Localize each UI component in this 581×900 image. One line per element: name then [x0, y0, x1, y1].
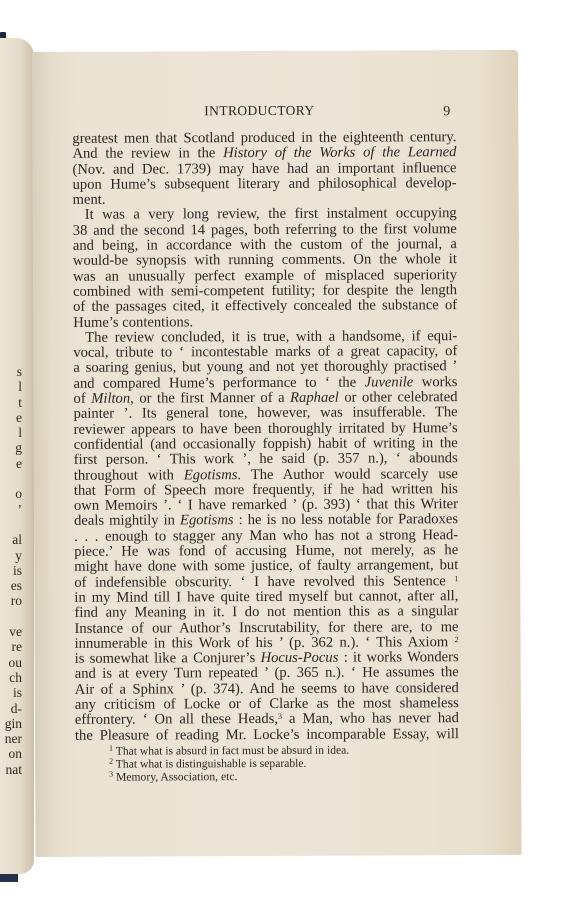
- fragment-line: d-: [0, 701, 22, 716]
- fragment-line: nat: [0, 762, 22, 777]
- fragment-line: [0, 609, 22, 624]
- fragment-line: [0, 517, 22, 532]
- fragment-line: o: [0, 486, 22, 501]
- fragment-line: ’: [0, 502, 22, 517]
- fragment-line: on: [0, 746, 22, 761]
- text-line: the Pleasure of reading Mr. Locke’s inco…: [75, 727, 459, 744]
- fragment-line: ve: [0, 624, 22, 639]
- fragment-line: l: [0, 379, 22, 394]
- fragment-line: e: [0, 456, 22, 471]
- running-title: INTRODUCTORY: [204, 103, 314, 119]
- fragment-line: gin: [0, 716, 22, 731]
- fragment-line: e: [0, 410, 22, 425]
- fragment-line: is: [0, 563, 22, 578]
- fragment-line: ch: [0, 670, 22, 685]
- facing-page-left: sltelge o’ alyisesro vereouchisd-ginnero…: [0, 38, 34, 874]
- text-line: of the passages cited, it effectively co…: [73, 298, 457, 315]
- book-page: INTRODUCTORY 9 greatest men that Scotlan…: [32, 50, 522, 857]
- fragment-line: l: [0, 425, 22, 440]
- fragment-line: [0, 471, 22, 486]
- fragment-line: y: [0, 548, 22, 563]
- body-text: greatest men that Scotland produced in t…: [72, 130, 459, 744]
- fragment-line: ou: [0, 655, 22, 670]
- fragment-line: ner: [0, 731, 22, 746]
- footnote-mark: 3: [109, 770, 113, 779]
- fragment-line: g: [0, 440, 22, 455]
- fragment-line: re: [0, 639, 22, 654]
- fragment-line: ro: [0, 593, 22, 608]
- footnote-marker: 2: [455, 635, 459, 644]
- fragment-line: al: [0, 532, 22, 547]
- footnotes: 1 That what is absurd in fact must be ab…: [109, 743, 439, 783]
- fragment-line: is: [0, 685, 22, 700]
- footnote-mark: 1: [109, 744, 113, 753]
- fragment-line: t: [0, 395, 22, 410]
- fragment-line: es: [0, 578, 22, 593]
- footnote-marker: 1: [454, 574, 458, 583]
- text-line: upon Hume’s subsequent literary and phil…: [73, 176, 457, 193]
- footnote: 3 Memory, Association, etc.: [109, 769, 439, 783]
- footnote-mark: 2: [109, 757, 113, 766]
- running-head: INTRODUCTORY 9: [32, 102, 518, 104]
- page-number: 9: [443, 104, 450, 120]
- facing-page-text-fragments: sltelge o’ alyisesro vereouchisd-ginnero…: [0, 364, 22, 777]
- fragment-line: s: [0, 364, 22, 379]
- footnote-marker: 3: [278, 712, 282, 721]
